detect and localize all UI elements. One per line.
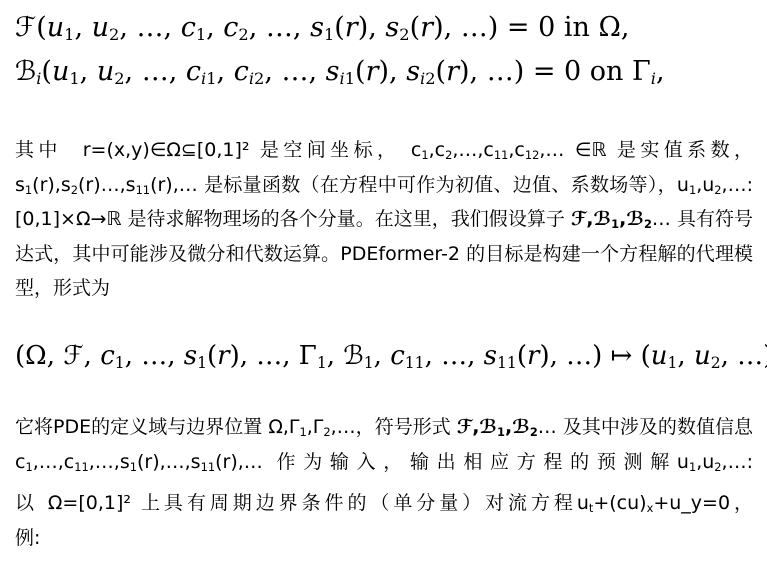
text-line: 其中 r=(x,y)∈Ω⊆[0,1]² 是空间坐标， c1,c2,…,c11,c…: [15, 133, 753, 168]
paragraph-input-output: 它将PDE的定义域与边界位置 Ω,Γ1,Γ2,…，符号形式 ℱ,ℬ1,ℬ2… 及…: [15, 410, 753, 479]
equation-line-mapping: (Ω, ℱ, c1, …, s1(r), …, Γ1, ℬ1, c11, …, …: [15, 334, 755, 378]
paragraph-convection-example: 以 Ω=[0,1]² 上具有周期边界条件的（单分量）对流方程ut+(cu)x+u…: [15, 486, 753, 555]
text-line: 它将PDE的定义域与边界位置 Ω,Γ1,Γ2,…，符号形式 ℱ,ℬ1,ℬ2… 及…: [15, 410, 753, 445]
document-page: ℱ(u1, u2, …, c1, c2, …, s1(r), s2(r), …)…: [0, 0, 767, 576]
paragraph-notation: 其中 r=(x,y)∈Ω⊆[0,1]² 是空间坐标， c1,c2,…,c11,c…: [15, 133, 753, 306]
equation-pde-general-form: ℱ(u1, u2, …, c1, c2, …, s1(r), s2(r), …)…: [15, 6, 755, 94]
equation-surrogate-mapping: (Ω, ℱ, c1, …, s1(r), …, Γ1, ℬ1, c11, …, …: [15, 334, 755, 378]
equation-line-boundary: ℬi(u1, u2, …, ci1, ci2, …, si1(r), si2(r…: [15, 50, 755, 94]
text-line: s1(r),s2(r)…,s11(r),… 是标量函数（在方程中可作为初值、边值…: [15, 168, 753, 203]
text-line: 以 Ω=[0,1]² 上具有周期边界条件的（单分量）对流方程ut+(cu)x+u…: [15, 486, 753, 521]
text-line: 例:: [15, 521, 753, 556]
equation-line-interior: ℱ(u1, u2, …, c1, c2, …, s1(r), s2(r), …)…: [15, 6, 755, 50]
text-line: [0,1]×Ω→ℝ 是待求解物理场的各个分量。在这里，我们假设算子 ℱ,ℬ1,ℬ…: [15, 202, 753, 237]
text-line: 达式，其中可能涉及微分和代数运算。PDEformer-2 的目标是构建一个方程解…: [15, 237, 753, 272]
text-line: 型，形式为: [15, 271, 753, 306]
text-line: c1,…,c11,…,s1(r),…,s11(r),… 作为输入，输出相应方程的…: [15, 445, 753, 480]
